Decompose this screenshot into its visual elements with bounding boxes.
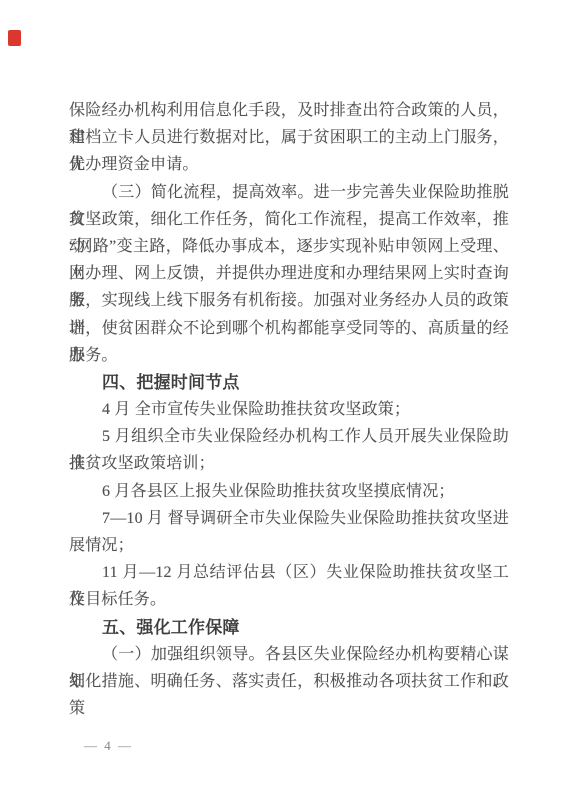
- text-line: 展情况；: [69, 532, 509, 559]
- text-line: 扶贫攻坚政策培训；: [69, 450, 509, 477]
- text-line: 5 月组织全市失业保险经办机构工作人员开展失业保险助推: [69, 423, 509, 450]
- document-text-block: 保险经办机构利用信息化手段，及时排查出符合政策的人员，和建档立卡人员进行数据对比…: [69, 97, 509, 695]
- text-line: 6 月各县区上报失业保险助推扶贫攻坚摸底情况；: [69, 478, 509, 505]
- text-line: 11 月—12 月总结评估县（区）失业保险助推扶贫攻坚工作: [69, 559, 509, 586]
- text-line: （三）简化流程，提高效率。进一步完善失业保险助推脱贫: [69, 179, 509, 206]
- text-line: 保险经办机构利用信息化手段，及时排查出符合政策的人员，和: [69, 97, 509, 124]
- text-line: 务，实现线上线下服务有机衔接。加强对业务经办人员的政策培: [69, 287, 509, 314]
- section-heading-line: 四、把握时间节点: [69, 369, 509, 396]
- page-number: — 4 —: [84, 738, 133, 754]
- scanned-document-page: 保险经办机构利用信息化手段，及时排查出符合政策的人员，和建档立卡人员进行数据对比…: [0, 0, 568, 800]
- text-line: 7—10 月 督导调研全市失业保险失业保险助推扶贫攻坚进: [69, 505, 509, 532]
- text-line: 细化措施、明确任务、落实责任，积极推动各项扶贫工作和政策: [69, 668, 509, 695]
- text-line: 上办理、网上反馈，并提供办理进度和办理结果网上实时查询服: [69, 260, 509, 287]
- text-line: “网路”变主路，降低办事成本，逐步实现补贴申领网上受理、网: [69, 233, 509, 260]
- text-line: （一）加强组织领导。各县区失业保险经办机构要精心谋划、: [69, 641, 509, 668]
- section-heading-line: 五、强化工作保障: [69, 614, 509, 641]
- text-line: 先办理资金申请。: [69, 151, 509, 178]
- text-line: 4 月 全市宣传失业保险助推扶贫攻坚政策；: [69, 396, 509, 423]
- text-line: 服务。: [69, 342, 509, 369]
- text-line: 建档立卡人员进行数据对比，属于贫困职工的主动上门服务，优: [69, 124, 509, 151]
- text-line: 训，使贫困群众不论到哪个机构都能享受同等的、高质量的经办: [69, 315, 509, 342]
- text-line: 攻坚政策，细化工作任务，简化工作流程，提高工作效率，推动: [69, 206, 509, 233]
- red-stamp-mark: [8, 30, 21, 46]
- text-line: 及目标任务。: [69, 586, 509, 613]
